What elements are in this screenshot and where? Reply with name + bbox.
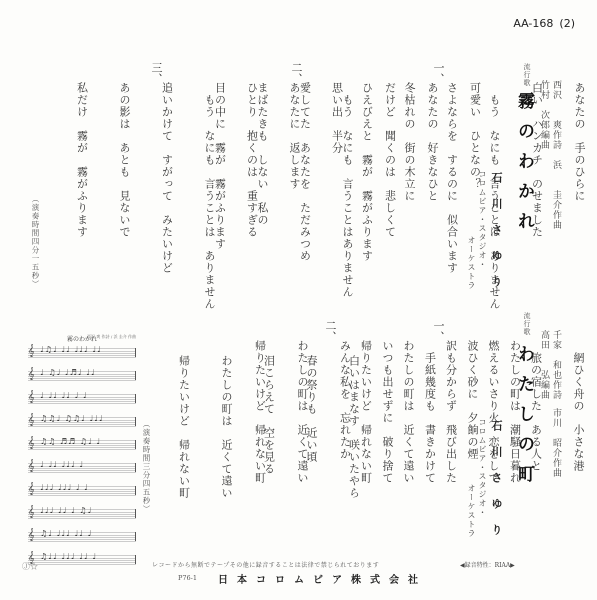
lyric-line: だけど 聞くのは 悲しくて [383,82,397,302]
treble-clef-icon: 𝄞 [28,413,35,427]
verse-number: 二、 [322,320,338,342]
lyric-line: わたしの町は 潮騒日暮れ [508,340,522,550]
lyric-line: あなたの 手のひらに [573,82,587,302]
notes: ♩♫♩ ♩♩ ♩♩♩ ♩♩ [40,345,102,354]
notes: ♫♫ ♬♬ ♫♩ ♩ [40,437,101,446]
treble-clef-icon: 𝄞 [28,505,35,519]
verse-3-lyrics: 思い出 半分 あなたに 返します ひとり 抱くのは 重すぎる もう なにも 言う… [46,82,371,302]
score-header: 霧のわかれ 西沢 爽 作詩 / 浜 圭介 作曲 [28,334,136,343]
lyric-line: 手紙幾度も 書きかけて [423,340,437,550]
performance-time: （演奏時間四分一五秒） [30,195,41,289]
company-name: 日本コロムビア株式会社 [218,571,427,586]
verse-number: 一、 [430,320,446,342]
lyric-line: ひとり 抱くのは 重すぎる [245,82,259,302]
lyric-line: 白いはまなす 咲いたやら [347,355,361,555]
genre-label: 流行歌 [522,312,531,336]
notes: ♩ ♫♩ ♩♬♩ ♩♩ [40,368,96,377]
treble-clef-icon: 𝄞 [28,459,35,473]
notes: ♩ ♩♩ ♩♩ ♩ ♩ [40,391,88,400]
treble-clef-icon: 𝄞 [28,528,35,542]
notes: ♩♩♩ ♩♩♩ ♩ ♩ [40,483,89,492]
lyric-line: 泪こらえて 空を見る [262,355,276,555]
staff: 𝄞♩♩♩ ♩♩ ♩ ♫♩ [28,507,136,524]
lyric-line: 私だけ 霧が 霧がふります [75,82,89,302]
lyric-line: 白い ハンカチ のせました [530,82,544,302]
verse-number: 三、 [148,62,164,84]
lyric-line: あなたの 好きなひと [426,82,440,302]
lyric-line: 波ひく砂に 夕餉の煙 [466,340,480,550]
notes: ♩♩♩ ♩♩ ♩ ♫♩ [40,506,92,515]
staff: 𝄞♩ ♩♩ ♩♩ ♩ ♩ [28,392,136,409]
rating-marks: Ⓙ☆ [22,561,38,572]
staff: 𝄞♫♫ ♬♬ ♫♩ ♩ [28,438,136,455]
staff: 𝄞♩♩♩ ♩♩♩ ♩ ♩ [28,484,136,501]
treble-clef-icon: 𝄞 [28,436,35,450]
notes: ♫♫♩ ♫♫♩ ♩♩♩ [40,414,104,423]
treble-clef-icon: 𝄞 [28,482,35,496]
treble-clef-icon: 𝄞 [28,390,35,404]
notes: ♫♩♩ ♩♩♩ ♩♩ ♩ [40,552,97,561]
staff: 𝄞♩ ♩♩ ♩♩♩ ♩ [28,461,136,478]
staff: 𝄞♫♩ ♩♩♩ ♩♩ ♩ [28,530,136,547]
sheet-music: 霧のわかれ 西沢 爽 作詩 / 浜 圭介 作曲 𝄞♩♫♩ ♩♩ ♩♩♩ ♩♩ 𝄞… [28,334,136,576]
lyric-line: 思い出 半分 [330,82,344,302]
notes: ♫♩ ♩♩♩ ♩♩ ♩ [40,529,92,538]
copyright-warning: レコードから無断でテープその他に録音することは法律で禁じられております [152,560,379,569]
catalog-id: AA-168 [513,17,553,30]
staff: 𝄞♩ ♫♩ ♩♬♩ ♩♩ [28,369,136,386]
lyric-line: 春の祭りも 近い頃 [305,355,319,555]
catalog-number: AA-168(2) [513,17,575,30]
notes: ♩ ♩♩ ♩♩♩ ♩ [40,460,84,469]
lyric-line: 網ひく舟の 小さな港 [572,340,586,550]
recording-characteristic: ◀録音特性：RIAA▶ [460,560,515,569]
treble-clef-icon: 𝄞 [28,344,35,358]
lyric-line: 追いかけて すがって みたいけど [160,82,174,302]
verse-number: 一、 [430,62,446,84]
performance-time: （演奏時間三分四五秒） [141,420,152,514]
print-code: P76-1 [178,574,197,582]
lyric-line: わたしの町は 近くて遠い [220,355,234,555]
lyric-line: あなたに 返します [288,82,302,302]
treble-clef-icon: 𝄞 [28,367,35,381]
score-credit: 西沢 爽 作詩 / 浜 圭介 作曲 [87,334,136,340]
lyric-line: あの影は あとも 見ないで [118,82,132,302]
staff: 𝄞♩♫♩ ♩♩ ♩♩♩ ♩♩ [28,346,136,363]
verse-3-lyrics: 白いはまなす 咲いたやら 春の祭りも 近い頃 泪こらえて 空を見る わたしの町は… [148,355,388,555]
staff: 𝄞♫♫♩ ♫♫♩ ♩♩♩ [28,415,136,432]
staff: 𝄞♫♩♩ ♩♩♩ ♩♩ ♩ [28,553,136,570]
side-number: (2) [559,17,575,30]
lyric-line: 帰りたいけど 帰れない町 [177,355,191,555]
verse-number: 二、 [288,62,304,84]
lyric-line: もう なにも 言うことは ありません [203,82,217,302]
lyric-line: 可愛い ひとなの？ [468,82,482,302]
